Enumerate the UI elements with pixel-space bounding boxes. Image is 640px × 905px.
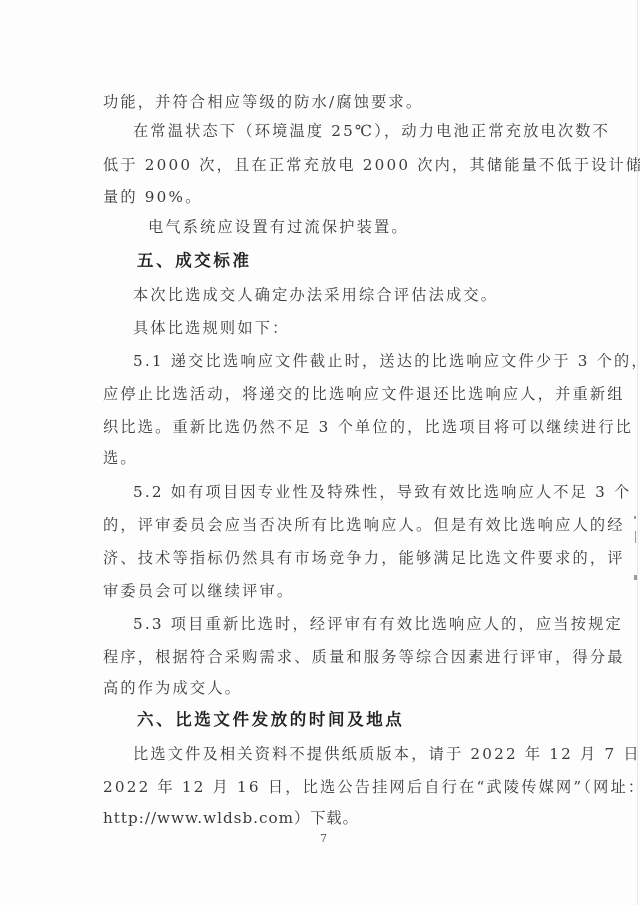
scan-artifact — [634, 575, 637, 580]
paragraph-line: 电气系统应设置有过流保护装置。 — [148, 217, 409, 237]
paragraph-line: 选。 — [103, 448, 138, 468]
section-heading-6: 六、比选文件发放的时间及地点 — [137, 710, 404, 730]
scan-edge — [637, 0, 638, 905]
paragraph-line: http://www.wldsb.com）下载。 — [103, 808, 359, 828]
paragraph-line: 织比选。重新比选仍然不足 3 个单位的，比选项目将可以继续进行比 — [103, 417, 633, 437]
paragraph-line: 量的 90%。 — [103, 187, 203, 207]
paragraph-line: 具体比选规则如下： — [133, 318, 290, 338]
paragraph-line: 2022 年 12 月 16 日，比选公告挂网后自行在“武陵传媒网”（网址： — [103, 777, 640, 797]
section-heading-5: 五、成交标准 — [137, 251, 252, 271]
paragraph-line: 低于 2000 次，且在正常充放电 2000 次内，其储能量不低于设计储能 — [103, 155, 640, 175]
document-page: 功能，并符合相应等级的防水/腐蚀要求。 在常温状态下（环境温度 25℃），动力电… — [0, 0, 640, 905]
paragraph-line: 5.2 如有项目因专业性及特殊性，导致有效比选响应人不足 3 个 — [133, 482, 631, 502]
paragraph-line: 5.1 递交比选响应文件截止时，送达的比选响应文件少于 3 个的， — [133, 351, 640, 371]
scan-artifact — [634, 516, 636, 519]
page-number: 7 — [320, 832, 327, 845]
paragraph-line: 5.3 项目重新比选时，经评审有有效比选响应人的，应当按规定 — [133, 614, 623, 634]
paragraph-line: 本次比选成交人确定办法采用综合评估法成交。 — [133, 285, 498, 305]
paragraph-line: 高的作为成交人。 — [103, 678, 242, 698]
paragraph-line: 的，评审委员会应当否决所有比选响应人。但是有效比选响应人的经 — [103, 515, 625, 535]
paragraph-line: 功能，并符合相应等级的防水/腐蚀要求。 — [103, 92, 423, 112]
paragraph-line: 程序，根据符合采购需求、质量和服务等综合因素进行评审，得分最 — [103, 647, 625, 667]
paragraph-line: 在常温状态下（环境温度 25℃），动力电池正常充放电次数不 — [133, 121, 610, 141]
paragraph-line: 审委员会可以继续评审。 — [103, 581, 294, 601]
paragraph-line: 济、技术等指标仍然具有市场竞争力，能够满足比选文件要求的，评 — [103, 548, 625, 568]
paragraph-line: 应停止比选活动，将递交的比选响应文件退还比选响应人，并重新组 — [103, 384, 625, 404]
paragraph-line: 比选文件及相关资料不提供纸质版本，请于 2022 年 12 月 7 日至 — [133, 744, 640, 764]
scan-artifact — [635, 531, 636, 543]
